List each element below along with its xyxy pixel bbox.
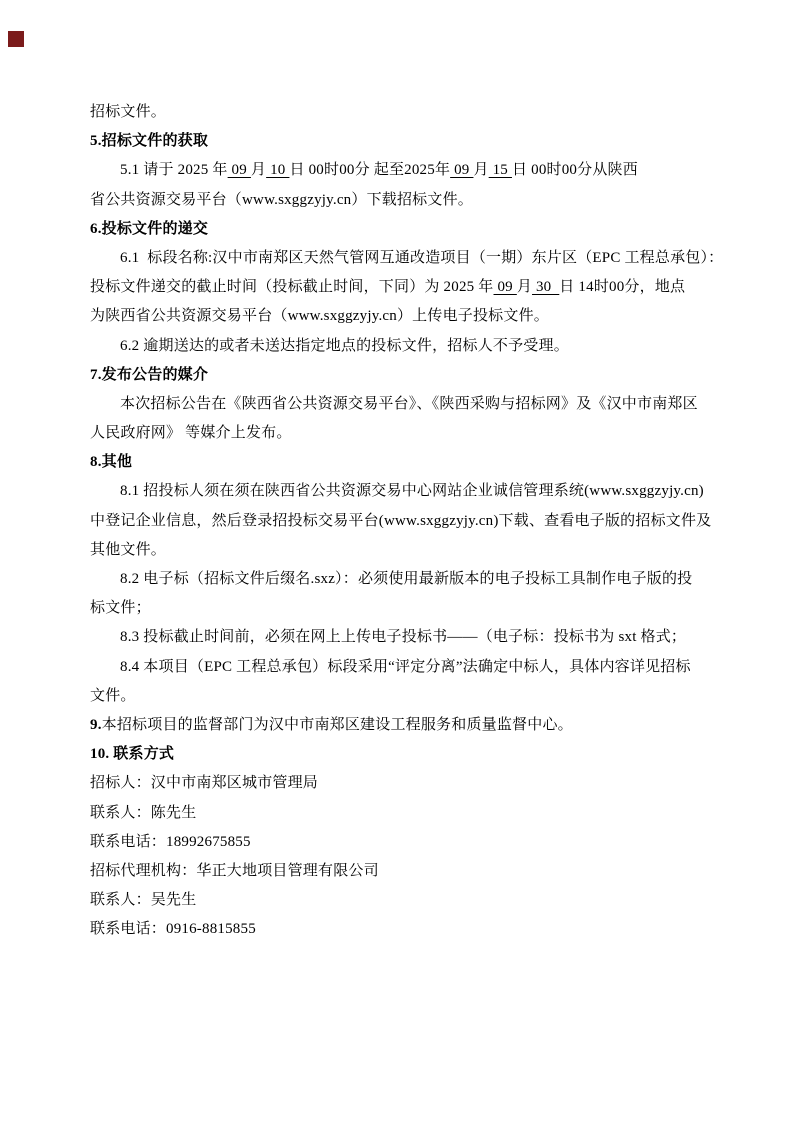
text-line: 8.3 投标截止时间前，必须在网上上传电子投标书——（电子标：投标书为 sxt … bbox=[90, 623, 710, 652]
text-run: 09 bbox=[450, 162, 473, 178]
text-run: 日 00时00分从陕西 bbox=[512, 162, 638, 178]
text-run: 月 bbox=[473, 162, 488, 178]
page-corner-mark bbox=[8, 31, 24, 47]
text-line: 6.1 标段名称:汉中市南郑区天然气管网互通改造项目（一期）东片区（EPC 工程… bbox=[90, 244, 710, 273]
text-line: 省公共资源交易平台（www.sxggzyjy.cn）下载招标文件。 bbox=[90, 186, 710, 215]
text-run: 其他文件。 bbox=[90, 542, 166, 558]
text-run: 30 bbox=[532, 279, 559, 295]
text-run: 8.1 招投标人须在须在陕西省公共资源交易中心网站企业诚信管理系统(www.sx… bbox=[120, 483, 704, 499]
text-run: 月 bbox=[251, 162, 266, 178]
text-run: 本次招标公告在《陕西省公共资源交易平台》、《陕西采购与招标网》及《汉中市南郑区 bbox=[120, 396, 698, 412]
text-line: 中登记企业信息，然后登录招投标交易平台(www.sxggzyjy.cn)下载、查… bbox=[90, 507, 710, 536]
text-run: 省公共资源交易平台（www.sxggzyjy.cn）下载招标文件。 bbox=[90, 192, 473, 208]
body-paragraph: 招标人：汉中市南郑区城市管理局 bbox=[90, 769, 710, 798]
text-run: 联系电话：0916-8815855 bbox=[90, 921, 256, 937]
body-paragraph: 联系人：吴先生 bbox=[90, 886, 710, 915]
body-paragraph: 联系电话：0916-8815855 bbox=[90, 915, 710, 944]
text-run: 中登记企业信息，然后登录招投标交易平台(www.sxggzyjy.cn)下载、查… bbox=[90, 513, 711, 529]
text-run: 月 bbox=[517, 279, 532, 295]
text-run: 15 bbox=[489, 162, 512, 178]
text-line: 其他文件。 bbox=[90, 536, 710, 565]
text-run: 9. bbox=[90, 717, 102, 733]
text-run: 联系电话：18992675855 bbox=[90, 834, 251, 850]
body-paragraph: 招标代理机构：华正大地项目管理有限公司 bbox=[90, 857, 710, 886]
text-run: 招标人：汉中市南郑区城市管理局 bbox=[90, 775, 318, 791]
text-run: 6.1 标段名称:汉中市南郑区天然气管网互通改造项目（一期）东片区（EPC 工程… bbox=[120, 250, 723, 266]
document-body: 招标文件。5.招标文件的获取5.1 请于 2025 年 09 月 10 日 00… bbox=[90, 98, 710, 944]
text-run: 09 bbox=[228, 162, 251, 178]
text-line: 7.发布公告的媒介 bbox=[90, 361, 710, 390]
body-paragraph: 5.1 请于 2025 年 09 月 10 日 00时00分 起至2025年 0… bbox=[90, 156, 710, 214]
body-paragraph: 联系电话：18992675855 bbox=[90, 828, 710, 857]
text-line: 投标文件递交的截止时间（投标截止时间，下同）为 2025 年 09 月 30 日… bbox=[90, 273, 710, 302]
body-paragraph: 联系人：陈先生 bbox=[90, 799, 710, 828]
text-run: 10 bbox=[266, 162, 289, 178]
text-run: 8.3 投标截止时间前，必须在网上上传电子投标书——（电子标：投标书为 sxt … bbox=[120, 629, 686, 645]
text-line: 8.4 本项目（EPC 工程总承包）标段采用“评定分离”法确定中标人，具体内容详… bbox=[90, 653, 710, 682]
text-line: 招标文件。 bbox=[90, 98, 710, 127]
text-run: 6.2 逾期送达的或者未送达指定地点的投标文件，招标人不予受理。 bbox=[120, 338, 569, 354]
text-line: 6.2 逾期送达的或者未送达指定地点的投标文件，招标人不予受理。 bbox=[90, 332, 710, 361]
text-line: 招标代理机构：华正大地项目管理有限公司 bbox=[90, 857, 710, 886]
text-line: 10. 联系方式 bbox=[90, 740, 710, 769]
text-line: 联系人：吴先生 bbox=[90, 886, 710, 915]
text-run: 投标文件递交的截止时间（投标截止时间，下同）为 2025 年 bbox=[90, 279, 494, 295]
text-run: 文件。 bbox=[90, 688, 136, 704]
body-paragraph: 8.1 招投标人须在须在陕西省公共资源交易中心网站企业诚信管理系统(www.sx… bbox=[90, 477, 710, 565]
text-line: 8.1 招投标人须在须在陕西省公共资源交易中心网站企业诚信管理系统(www.sx… bbox=[90, 477, 710, 506]
heading-paragraph: 5.招标文件的获取 bbox=[90, 127, 710, 156]
text-run: 日 00时00分 起至2025年 bbox=[289, 162, 450, 178]
text-line: 9.本招标项目的监督部门为汉中市南郑区建设工程服务和质量监督中心。 bbox=[90, 711, 710, 740]
text-run: 日 14时00分，地点 bbox=[559, 279, 685, 295]
text-line: 标文件； bbox=[90, 594, 710, 623]
body-paragraph: 9.本招标项目的监督部门为汉中市南郑区建设工程服务和质量监督中心。 bbox=[90, 711, 710, 740]
text-line: 8.2 电子标（招标文件后缀名.sxz）：必须使用最新版本的电子投标工具制作电子… bbox=[90, 565, 710, 594]
text-line: 本次招标公告在《陕西省公共资源交易平台》、《陕西采购与招标网》及《汉中市南郑区 bbox=[90, 390, 710, 419]
text-run: 5.1 请于 2025 年 bbox=[120, 162, 228, 178]
text-line: 联系电话：0916-8815855 bbox=[90, 915, 710, 944]
text-run: 10. 联系方式 bbox=[90, 746, 174, 762]
text-run: 7.发布公告的媒介 bbox=[90, 367, 208, 383]
body-paragraph: 8.4 本项目（EPC 工程总承包）标段采用“评定分离”法确定中标人，具体内容详… bbox=[90, 653, 710, 711]
heading-paragraph: 7.发布公告的媒介 bbox=[90, 361, 710, 390]
text-line: 为陕西省公共资源交易平台（www.sxggzyjy.cn）上传电子投标文件。 bbox=[90, 302, 710, 331]
text-run: 招标文件。 bbox=[90, 104, 166, 120]
text-line: 联系电话：18992675855 bbox=[90, 828, 710, 857]
text-line: 人民政府网》 等媒介上发布。 bbox=[90, 419, 710, 448]
body-paragraph: 招标文件。 bbox=[90, 98, 710, 127]
body-paragraph: 6.1 标段名称:汉中市南郑区天然气管网互通改造项目（一期）东片区（EPC 工程… bbox=[90, 244, 710, 332]
body-paragraph: 8.2 电子标（招标文件后缀名.sxz）：必须使用最新版本的电子投标工具制作电子… bbox=[90, 565, 710, 623]
text-line: 8.其他 bbox=[90, 448, 710, 477]
heading-paragraph: 8.其他 bbox=[90, 448, 710, 477]
text-run: 8.4 本项目（EPC 工程总承包）标段采用“评定分离”法确定中标人，具体内容详… bbox=[120, 659, 691, 675]
body-paragraph: 6.2 逾期送达的或者未送达指定地点的投标文件，招标人不予受理。 bbox=[90, 332, 710, 361]
text-run: 联系人：吴先生 bbox=[90, 892, 196, 908]
text-run: 8.其他 bbox=[90, 454, 132, 470]
text-run: 8.2 电子标（招标文件后缀名.sxz）：必须使用最新版本的电子投标工具制作电子… bbox=[120, 571, 692, 587]
text-line: 文件。 bbox=[90, 682, 710, 711]
text-run: 人民政府网》 等媒介上发布。 bbox=[90, 425, 292, 441]
text-run: 5.招标文件的获取 bbox=[90, 133, 208, 149]
text-run: 为陕西省公共资源交易平台（www.sxggzyjy.cn）上传电子投标文件。 bbox=[90, 308, 549, 324]
text-run: 09 bbox=[494, 279, 517, 295]
text-run: 标文件； bbox=[90, 600, 151, 616]
text-run: 本招标项目的监督部门为汉中市南郑区建设工程服务和质量监督中心。 bbox=[102, 717, 573, 733]
heading-paragraph: 10. 联系方式 bbox=[90, 740, 710, 769]
text-run: 6.投标文件的递交 bbox=[90, 221, 208, 237]
body-paragraph: 本次招标公告在《陕西省公共资源交易平台》、《陕西采购与招标网》及《汉中市南郑区人… bbox=[90, 390, 710, 448]
text-line: 联系人：陈先生 bbox=[90, 799, 710, 828]
text-line: 5.1 请于 2025 年 09 月 10 日 00时00分 起至2025年 0… bbox=[90, 156, 710, 185]
text-line: 招标人：汉中市南郑区城市管理局 bbox=[90, 769, 710, 798]
text-run: 招标代理机构：华正大地项目管理有限公司 bbox=[90, 863, 379, 879]
text-line: 6.投标文件的递交 bbox=[90, 215, 710, 244]
heading-paragraph: 6.投标文件的递交 bbox=[90, 215, 710, 244]
document-page: 招标文件。5.招标文件的获取5.1 请于 2025 年 09 月 10 日 00… bbox=[0, 0, 792, 1121]
text-line: 5.招标文件的获取 bbox=[90, 127, 710, 156]
body-paragraph: 8.3 投标截止时间前，必须在网上上传电子投标书——（电子标：投标书为 sxt … bbox=[90, 623, 710, 652]
text-run: 联系人：陈先生 bbox=[90, 805, 196, 821]
